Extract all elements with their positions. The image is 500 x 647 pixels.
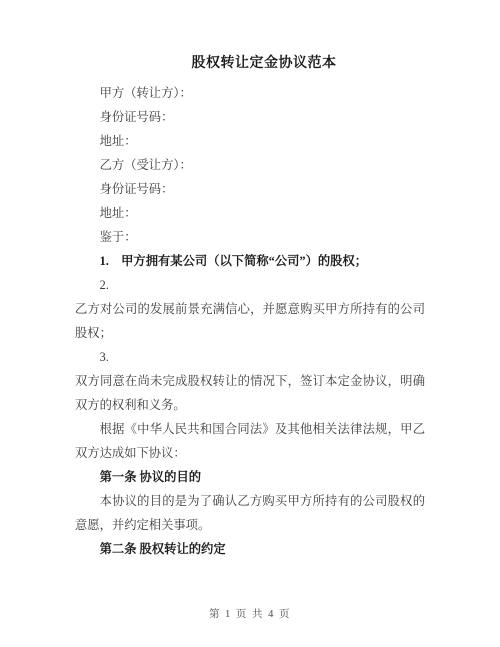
party-a-line: 甲方（转让方）： [75,81,425,105]
whereas-line: 鉴于： [75,225,425,249]
party-b-address-line: 地址： [75,201,425,225]
recital-3-text: 双方同意在尚未完成股权转让的情况下，签订本定金协议，明确双方的权利和义务。 [75,369,425,417]
recital-2-number: 2. [75,273,425,297]
article-1-heading: 第一条 协议的目的 [75,465,425,489]
article-1-body: 本协议的目的是为了确认乙方购买甲方所持有的公司股权的意愿，并约定相关事项。 [75,489,425,537]
party-b-id-line: 身份证号码： [75,177,425,201]
party-b-line: 乙方（受让方）： [75,153,425,177]
recital-2-text: 乙方对公司的发展前景充满信心，并愿意购买甲方所持有的公司股权； [75,297,425,345]
party-a-id-line: 身份证号码： [75,105,425,129]
article-2-heading: 第二条 股权转让的约定 [75,537,425,561]
document-page: 股权转让定金协议范本 甲方（转让方）： 身份证号码： 地址： 乙方（受让方）： … [0,0,500,647]
party-a-address-line: 地址： [75,129,425,153]
legal-basis-paragraph: 根据《中华人民共和国合同法》及其他相关法律法规，甲乙双方达成如下协议： [75,417,425,465]
recital-1: 1. 甲方拥有某公司（以下简称“公司”）的股权； [75,249,425,273]
recital-3-number: 3. [75,345,425,369]
page-footer: 第 1 页 共 4 页 [0,606,500,621]
document-title: 股权转让定金协议范本 [75,54,425,74]
